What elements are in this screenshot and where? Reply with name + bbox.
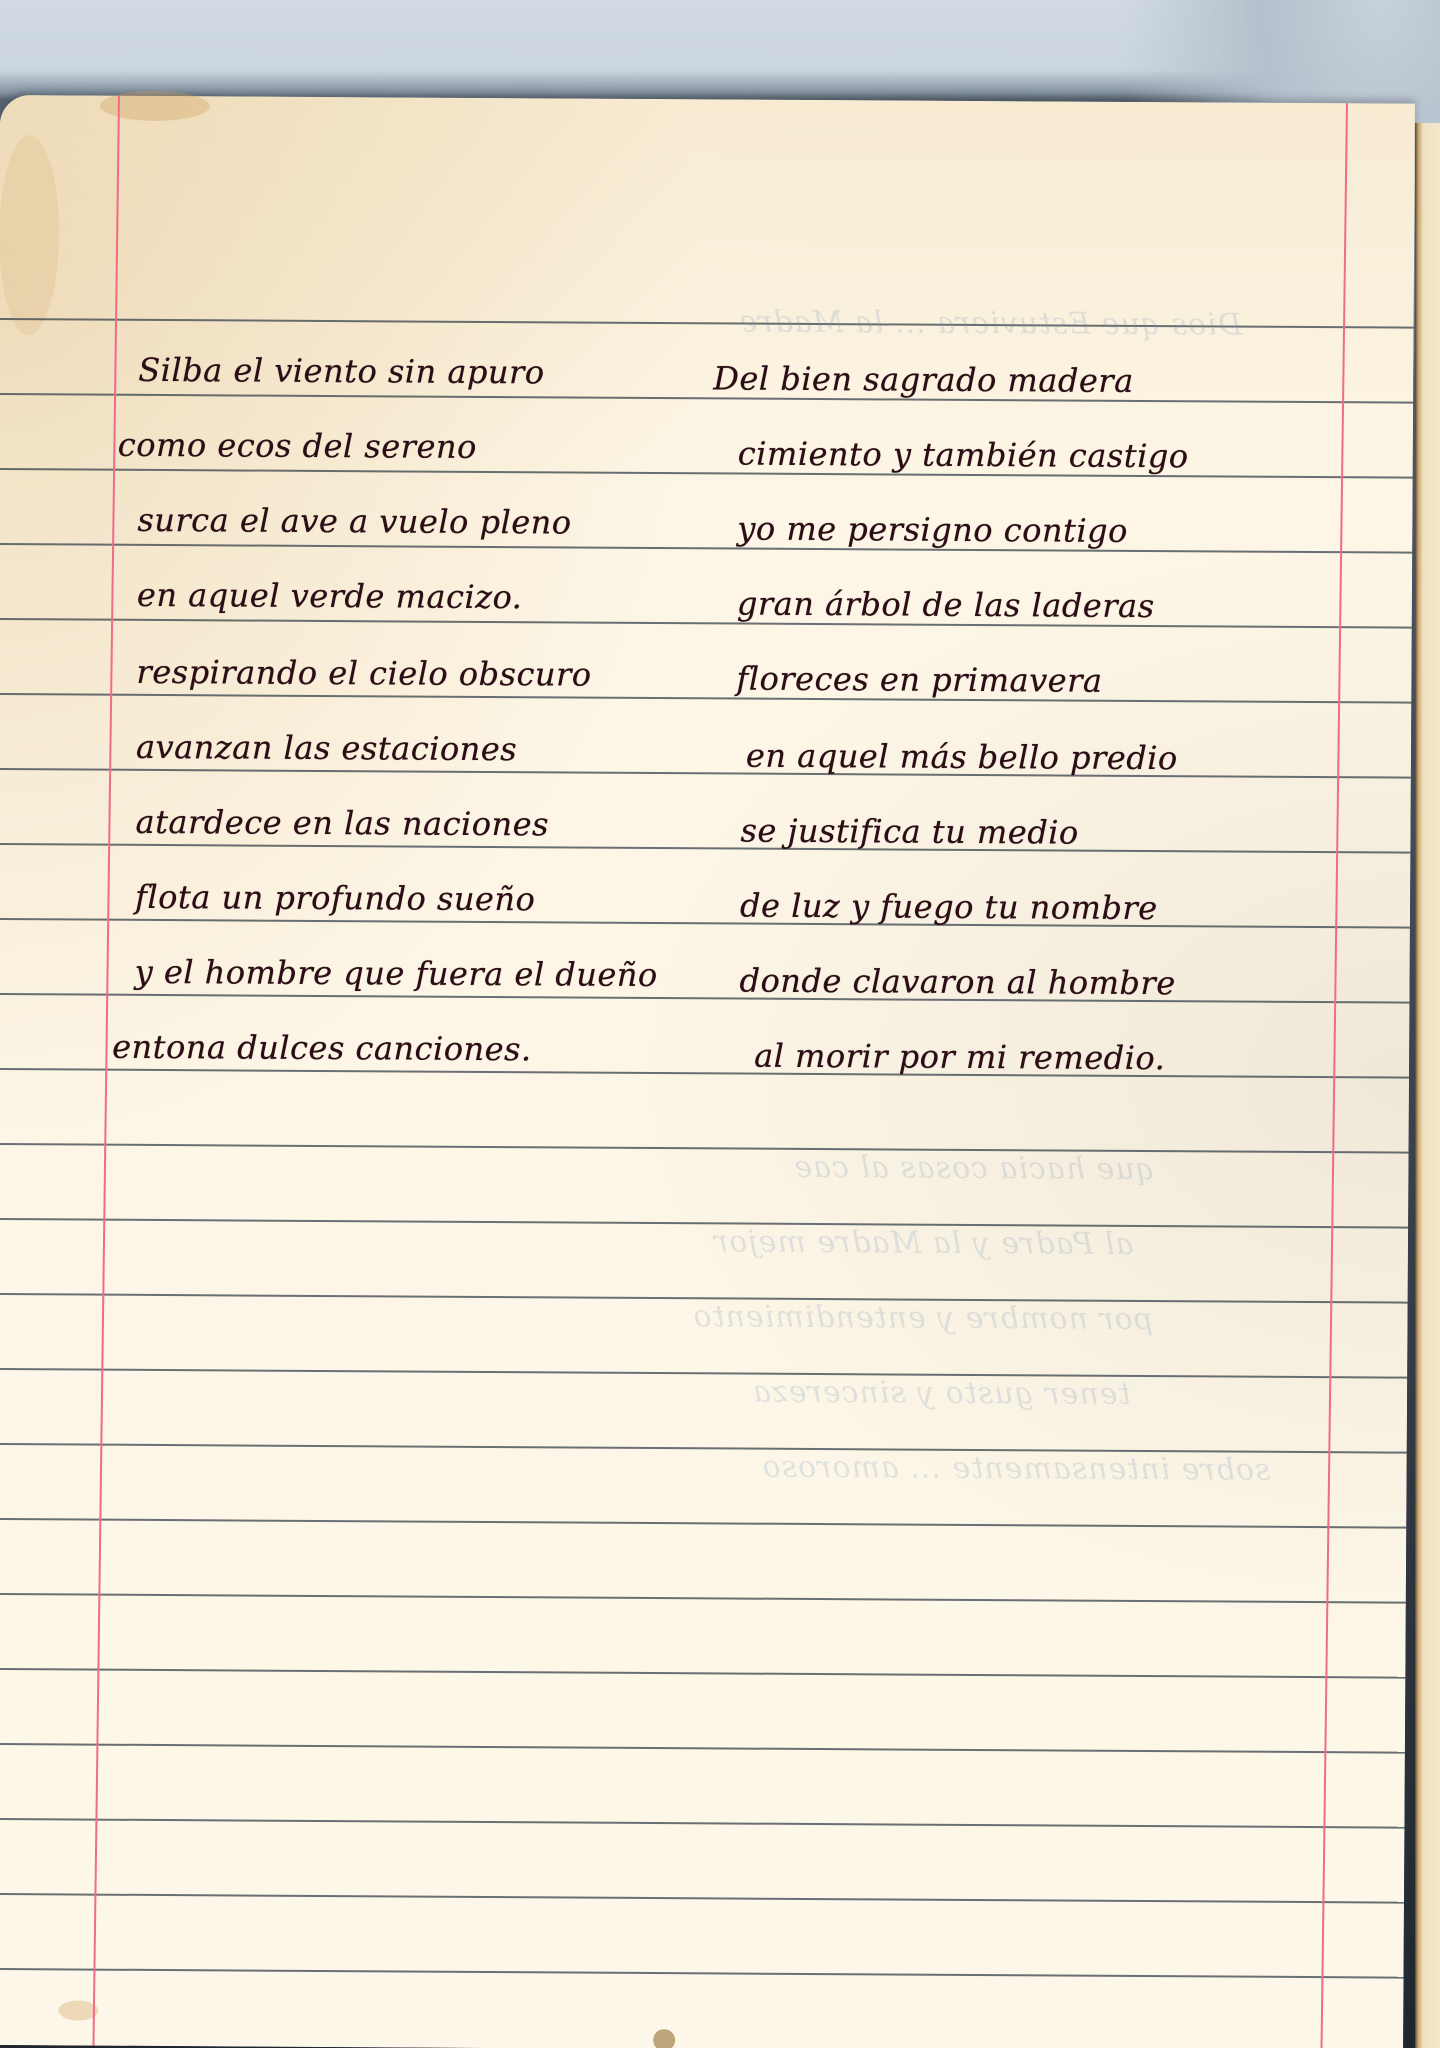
poem-line: yo me persigno contigo [737,510,1128,550]
poem-line: Del bien sagrado madera [713,359,1134,400]
ruled-line [0,393,1413,404]
ruled-line [0,693,1411,704]
ruled-line [0,468,1413,479]
ruled-line [0,1743,1405,1754]
ruled-line [0,1143,1409,1154]
notebook-binding-edge [1415,123,1440,2048]
ruled-line [0,993,1409,1004]
edge-discoloration [0,135,60,335]
poem-line: avanzan las estaciones [136,728,517,768]
ruled-line [0,1668,1405,1679]
poem-line: en aquel verde macizo. [137,576,523,616]
poem-line: Silba el viento sin apuro [138,351,545,391]
poem-line: atardece en las naciones [135,803,549,844]
ruled-line [0,543,1412,554]
poem-line: entona dulces canciones. [112,1028,532,1069]
ruled-line [0,1893,1404,1904]
poem-line: donde clavaron al hombre [739,962,1175,1003]
water-stain [100,91,210,122]
poem-line: en aquel más bello predio [746,737,1178,778]
ruled-line [0,1968,1404,1979]
notebook-page: Dios que Estuviera ... la Madre que haci… [0,95,1415,2048]
poem-line: como ecos del sereno [118,426,477,466]
ruled-line [0,1368,1407,1379]
poem-line: de luz y fuego tu nombre [740,887,1158,928]
poem-line: gran árbol de las laderas [737,585,1155,626]
ruled-line [0,1068,1409,1079]
ruled-line [0,1818,1404,1829]
poem-line: cimiento y también castigo [738,435,1189,476]
poem-line: surca el ave a vuelo pleno [137,501,571,542]
ruled-line [0,618,1412,629]
ruled-line [0,918,1410,929]
ruled-line [0,1518,1406,1529]
poem-line: al morir por mi remedio. [754,1037,1165,1078]
ruled-line [0,1218,1408,1229]
bottom-tear [653,2029,675,2048]
poem-line: respirando el cielo obscuro [136,653,591,694]
ruled-line [0,768,1411,779]
poem-line: floreces en primavera [736,660,1102,700]
poem-line: se justifica tu medio [740,812,1078,852]
ruled-line [0,843,1410,854]
poem-line: flota un profundo sueño [135,878,535,918]
ruled-line [0,1593,1406,1604]
poem-line: y el hombre que fuera el dueño [135,953,658,994]
